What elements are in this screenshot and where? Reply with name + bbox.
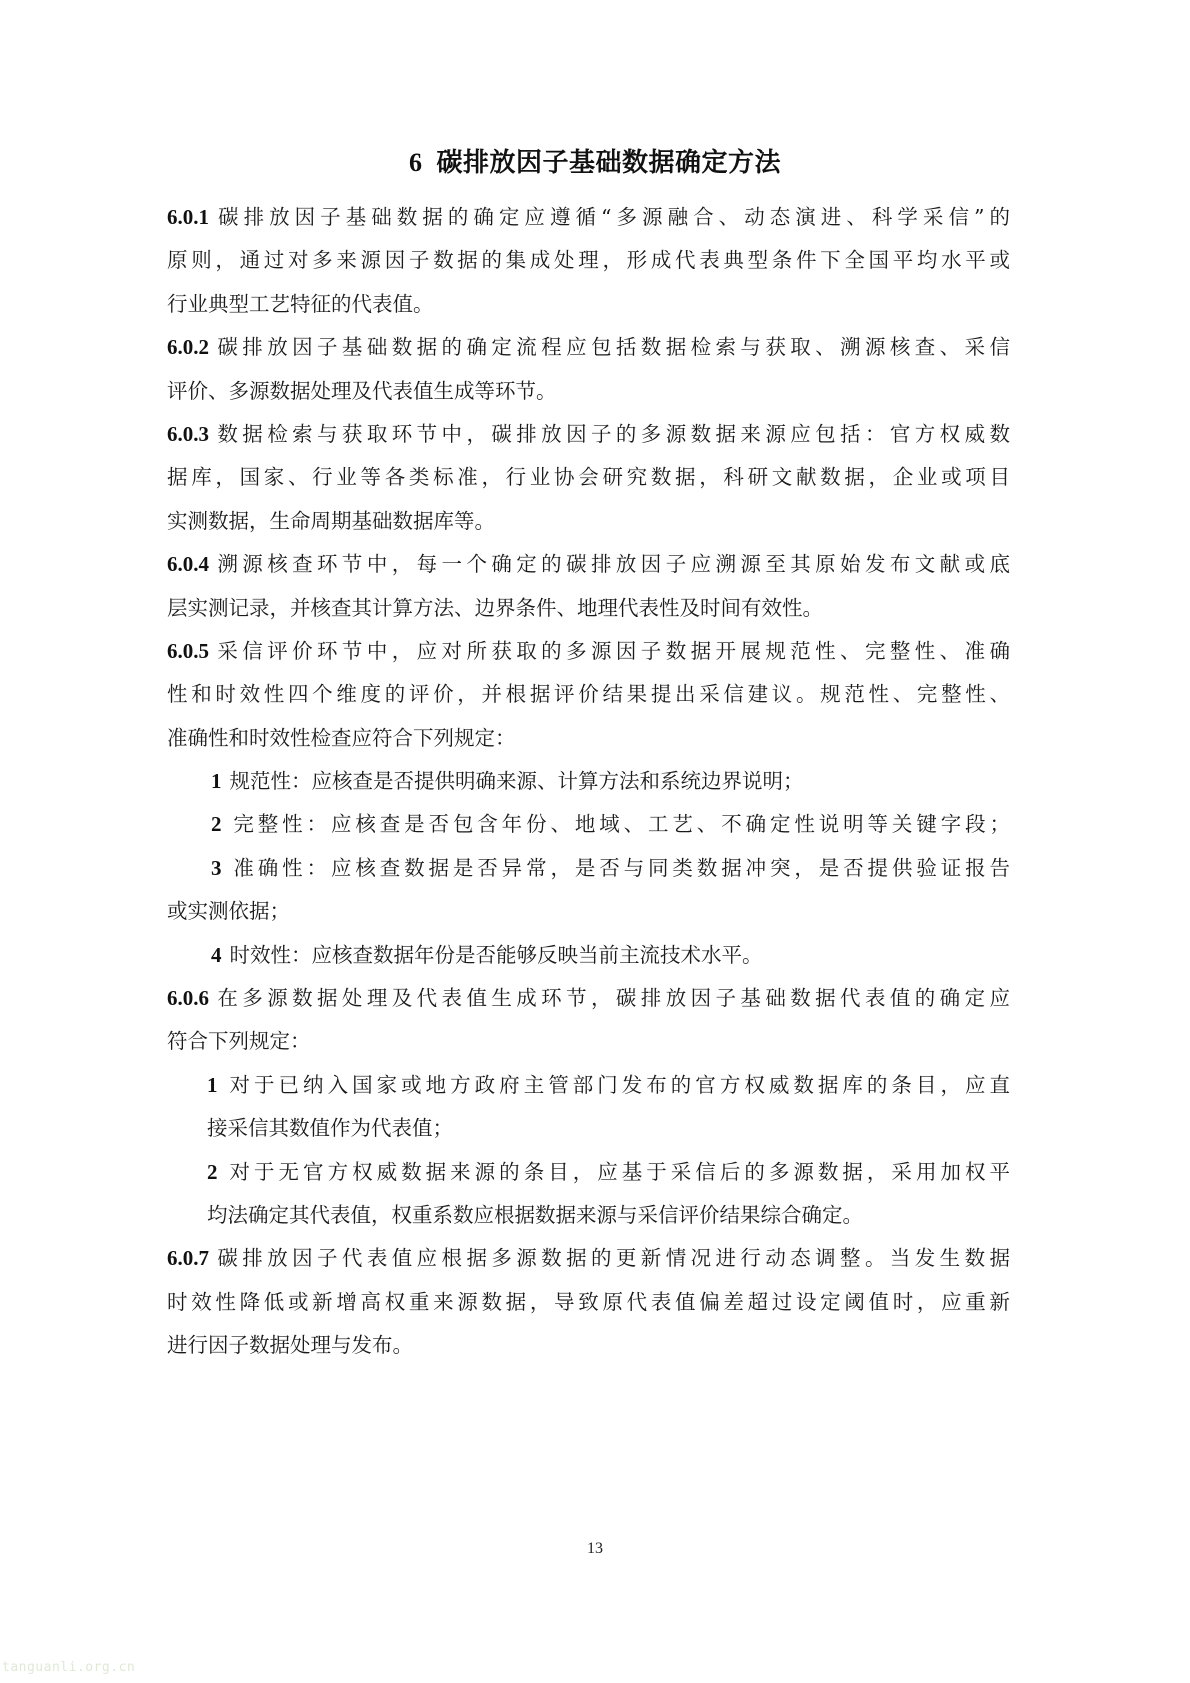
list-item-continuation: 均法确定其代表值，权重系数应根据数据来源与采信评价结果综合确定。	[167, 1194, 1010, 1237]
clause-line: 6.0.2碳排放因子基础数据的确定流程应包括数据检索与获取、溯源核查、采信	[167, 326, 1010, 369]
clause-number: 6.0.7	[167, 1246, 209, 1270]
clause-number: 6.0.2	[167, 335, 209, 359]
clause-number: 6.0.5	[167, 639, 209, 663]
clause-line: 时效性降低或新增高权重来源数据，导致原代表值偏差超过设定阈值时，应重新	[167, 1281, 1010, 1324]
item-text: 对于无官方权威数据来源的条目，应基于采信后的多源数据，采用加权平	[226, 1160, 1011, 1184]
clause-line: 原则，通过对多来源因子数据的集成处理，形成代表典型条件下全国平均水平或	[167, 239, 1010, 282]
clause-text: 碳排放因子代表值应根据多源数据的更新情况进行动态调整。当发生数据	[213, 1246, 1010, 1270]
clause-line: 6.0.7碳排放因子代表值应根据多源数据的更新情况进行动态调整。当发生数据	[167, 1237, 1010, 1280]
clause-text: 数据检索与获取环节中，碳排放因子的多源数据来源应包括：官方权威数	[213, 422, 1010, 446]
clause-6-0-1: 6.0.1碳排放因子基础数据的确定应遵循“多源融合、动态演进、科学采信”的 原则…	[167, 196, 1010, 326]
list-item: 1对于已纳入国家或地方政府主管部门发布的官方权威数据库的条目，应直	[167, 1064, 1010, 1107]
clause-line: 6.0.1碳排放因子基础数据的确定应遵循“多源融合、动态演进、科学采信”的	[167, 196, 1010, 239]
page-number: 13	[0, 1540, 1190, 1558]
clause-line: 实测数据，生命周期基础数据库等。	[167, 500, 1010, 543]
clause-6-0-5: 6.0.5采信评价环节中，应对所获取的多源因子数据开展规范性、完整性、准确 性和…	[167, 630, 1010, 977]
clause-text: 在多源数据处理及代表值生成环节，碳排放因子基础数据代表值的确定应	[213, 986, 1010, 1010]
clause-6-0-7: 6.0.7碳排放因子代表值应根据多源数据的更新情况进行动态调整。当发生数据 时效…	[167, 1237, 1010, 1367]
clause-line: 6.0.3数据检索与获取环节中，碳排放因子的多源数据来源应包括：官方权威数	[167, 413, 1010, 456]
list-item: 2对于无官方权威数据来源的条目，应基于采信后的多源数据，采用加权平	[167, 1151, 1010, 1194]
item-number: 1	[211, 769, 222, 793]
item-number: 2	[207, 1160, 218, 1184]
clause-6-0-3: 6.0.3数据检索与获取环节中，碳排放因子的多源数据来源应包括：官方权威数 据库…	[167, 413, 1010, 543]
clause-number: 6.0.6	[167, 986, 209, 1010]
chapter-number: 6	[409, 148, 423, 177]
clause-text: 碳排放因子基础数据的确定流程应包括数据检索与获取、溯源核查、采信	[213, 335, 1010, 359]
clause-line: 性和时效性四个维度的评价，并根据评价结果提出采信建议。规范性、完整性、	[167, 673, 1010, 716]
clause-line: 层实测记录，并核查其计算方法、边界条件、地理代表性及时间有效性。	[167, 587, 1010, 630]
list-item: 2完整性：应核查是否包含年份、地域、工艺、不确定性说明等关键字段；	[167, 803, 1010, 846]
clause-line: 6.0.5采信评价环节中，应对所获取的多源因子数据开展规范性、完整性、准确	[167, 630, 1010, 673]
clause-line: 符合下列规定：	[167, 1020, 1010, 1063]
item-number: 2	[211, 812, 222, 836]
item-number: 4	[211, 943, 222, 967]
list-item: 3准确性：应核查数据是否异常，是否与同类数据冲突，是否提供验证报告	[167, 847, 1010, 890]
chapter-heading: 6碳排放因子基础数据确定方法	[0, 143, 1190, 183]
clause-text: 碳排放因子基础数据的确定应遵循“多源融合、动态演进、科学采信”的	[213, 205, 1010, 229]
clause-line: 行业典型工艺特征的代表值。	[167, 283, 1010, 326]
list-item-continuation: 接采信其数值作为代表值；	[167, 1107, 1010, 1150]
document-page: 6碳排放因子基础数据确定方法 6.0.1碳排放因子基础数据的确定应遵循“多源融合…	[0, 0, 1190, 1683]
item-text: 对于已纳入国家或地方政府主管部门发布的官方权威数据库的条目，应直	[226, 1073, 1011, 1097]
clause-6-0-6: 6.0.6在多源数据处理及代表值生成环节，碳排放因子基础数据代表值的确定应 符合…	[167, 977, 1010, 1237]
item-text: 规范性：应核查是否提供明确来源、计算方法和系统边界说明；	[230, 769, 804, 793]
item-text: 时效性：应核查数据年份是否能够反映当前主流技术水平。	[230, 943, 763, 967]
clause-line: 6.0.6在多源数据处理及代表值生成环节，碳排放因子基础数据代表值的确定应	[167, 977, 1010, 1020]
chapter-title: 碳排放因子基础数据确定方法	[436, 148, 781, 178]
clause-line: 进行因子数据处理与发布。	[167, 1324, 1010, 1367]
clause-number: 6.0.4	[167, 552, 209, 576]
clause-text: 溯源核查环节中，每一个确定的碳排放因子应溯源至其原始发布文献或底	[213, 552, 1010, 576]
list-item-continuation: 或实测依据；	[167, 890, 1010, 933]
clause-number: 6.0.3	[167, 422, 209, 446]
watermark: tanguanli.org.cn	[2, 1660, 135, 1675]
document-body: 6.0.1碳排放因子基础数据的确定应遵循“多源融合、动态演进、科学采信”的 原则…	[167, 196, 1010, 1368]
list-item: 4时效性：应核查数据年份是否能够反映当前主流技术水平。	[167, 934, 1010, 977]
clause-6-0-2: 6.0.2碳排放因子基础数据的确定流程应包括数据检索与获取、溯源核查、采信 评价…	[167, 326, 1010, 413]
clause-text: 采信评价环节中，应对所获取的多源因子数据开展规范性、完整性、准确	[213, 639, 1010, 663]
item-number: 1	[207, 1073, 218, 1097]
item-text: 完整性：应核查是否包含年份、地域、工艺、不确定性说明等关键字段；	[230, 812, 1011, 836]
item-number: 3	[211, 856, 222, 880]
clause-6-0-4: 6.0.4溯源核查环节中，每一个确定的碳排放因子应溯源至其原始发布文献或底 层实…	[167, 543, 1010, 630]
clause-line: 评价、多源数据处理及代表值生成等环节。	[167, 370, 1010, 413]
list-item: 1规范性：应核查是否提供明确来源、计算方法和系统边界说明；	[167, 760, 1010, 803]
item-text: 准确性：应核查数据是否异常，是否与同类数据冲突，是否提供验证报告	[230, 856, 1011, 880]
clause-number: 6.0.1	[167, 205, 209, 229]
clause-line: 6.0.4溯源核查环节中，每一个确定的碳排放因子应溯源至其原始发布文献或底	[167, 543, 1010, 586]
clause-line: 准确性和时效性检查应符合下列规定：	[167, 717, 1010, 760]
clause-line: 据库，国家、行业等各类标准，行业协会研究数据，科研文献数据，企业或项目	[167, 456, 1010, 499]
